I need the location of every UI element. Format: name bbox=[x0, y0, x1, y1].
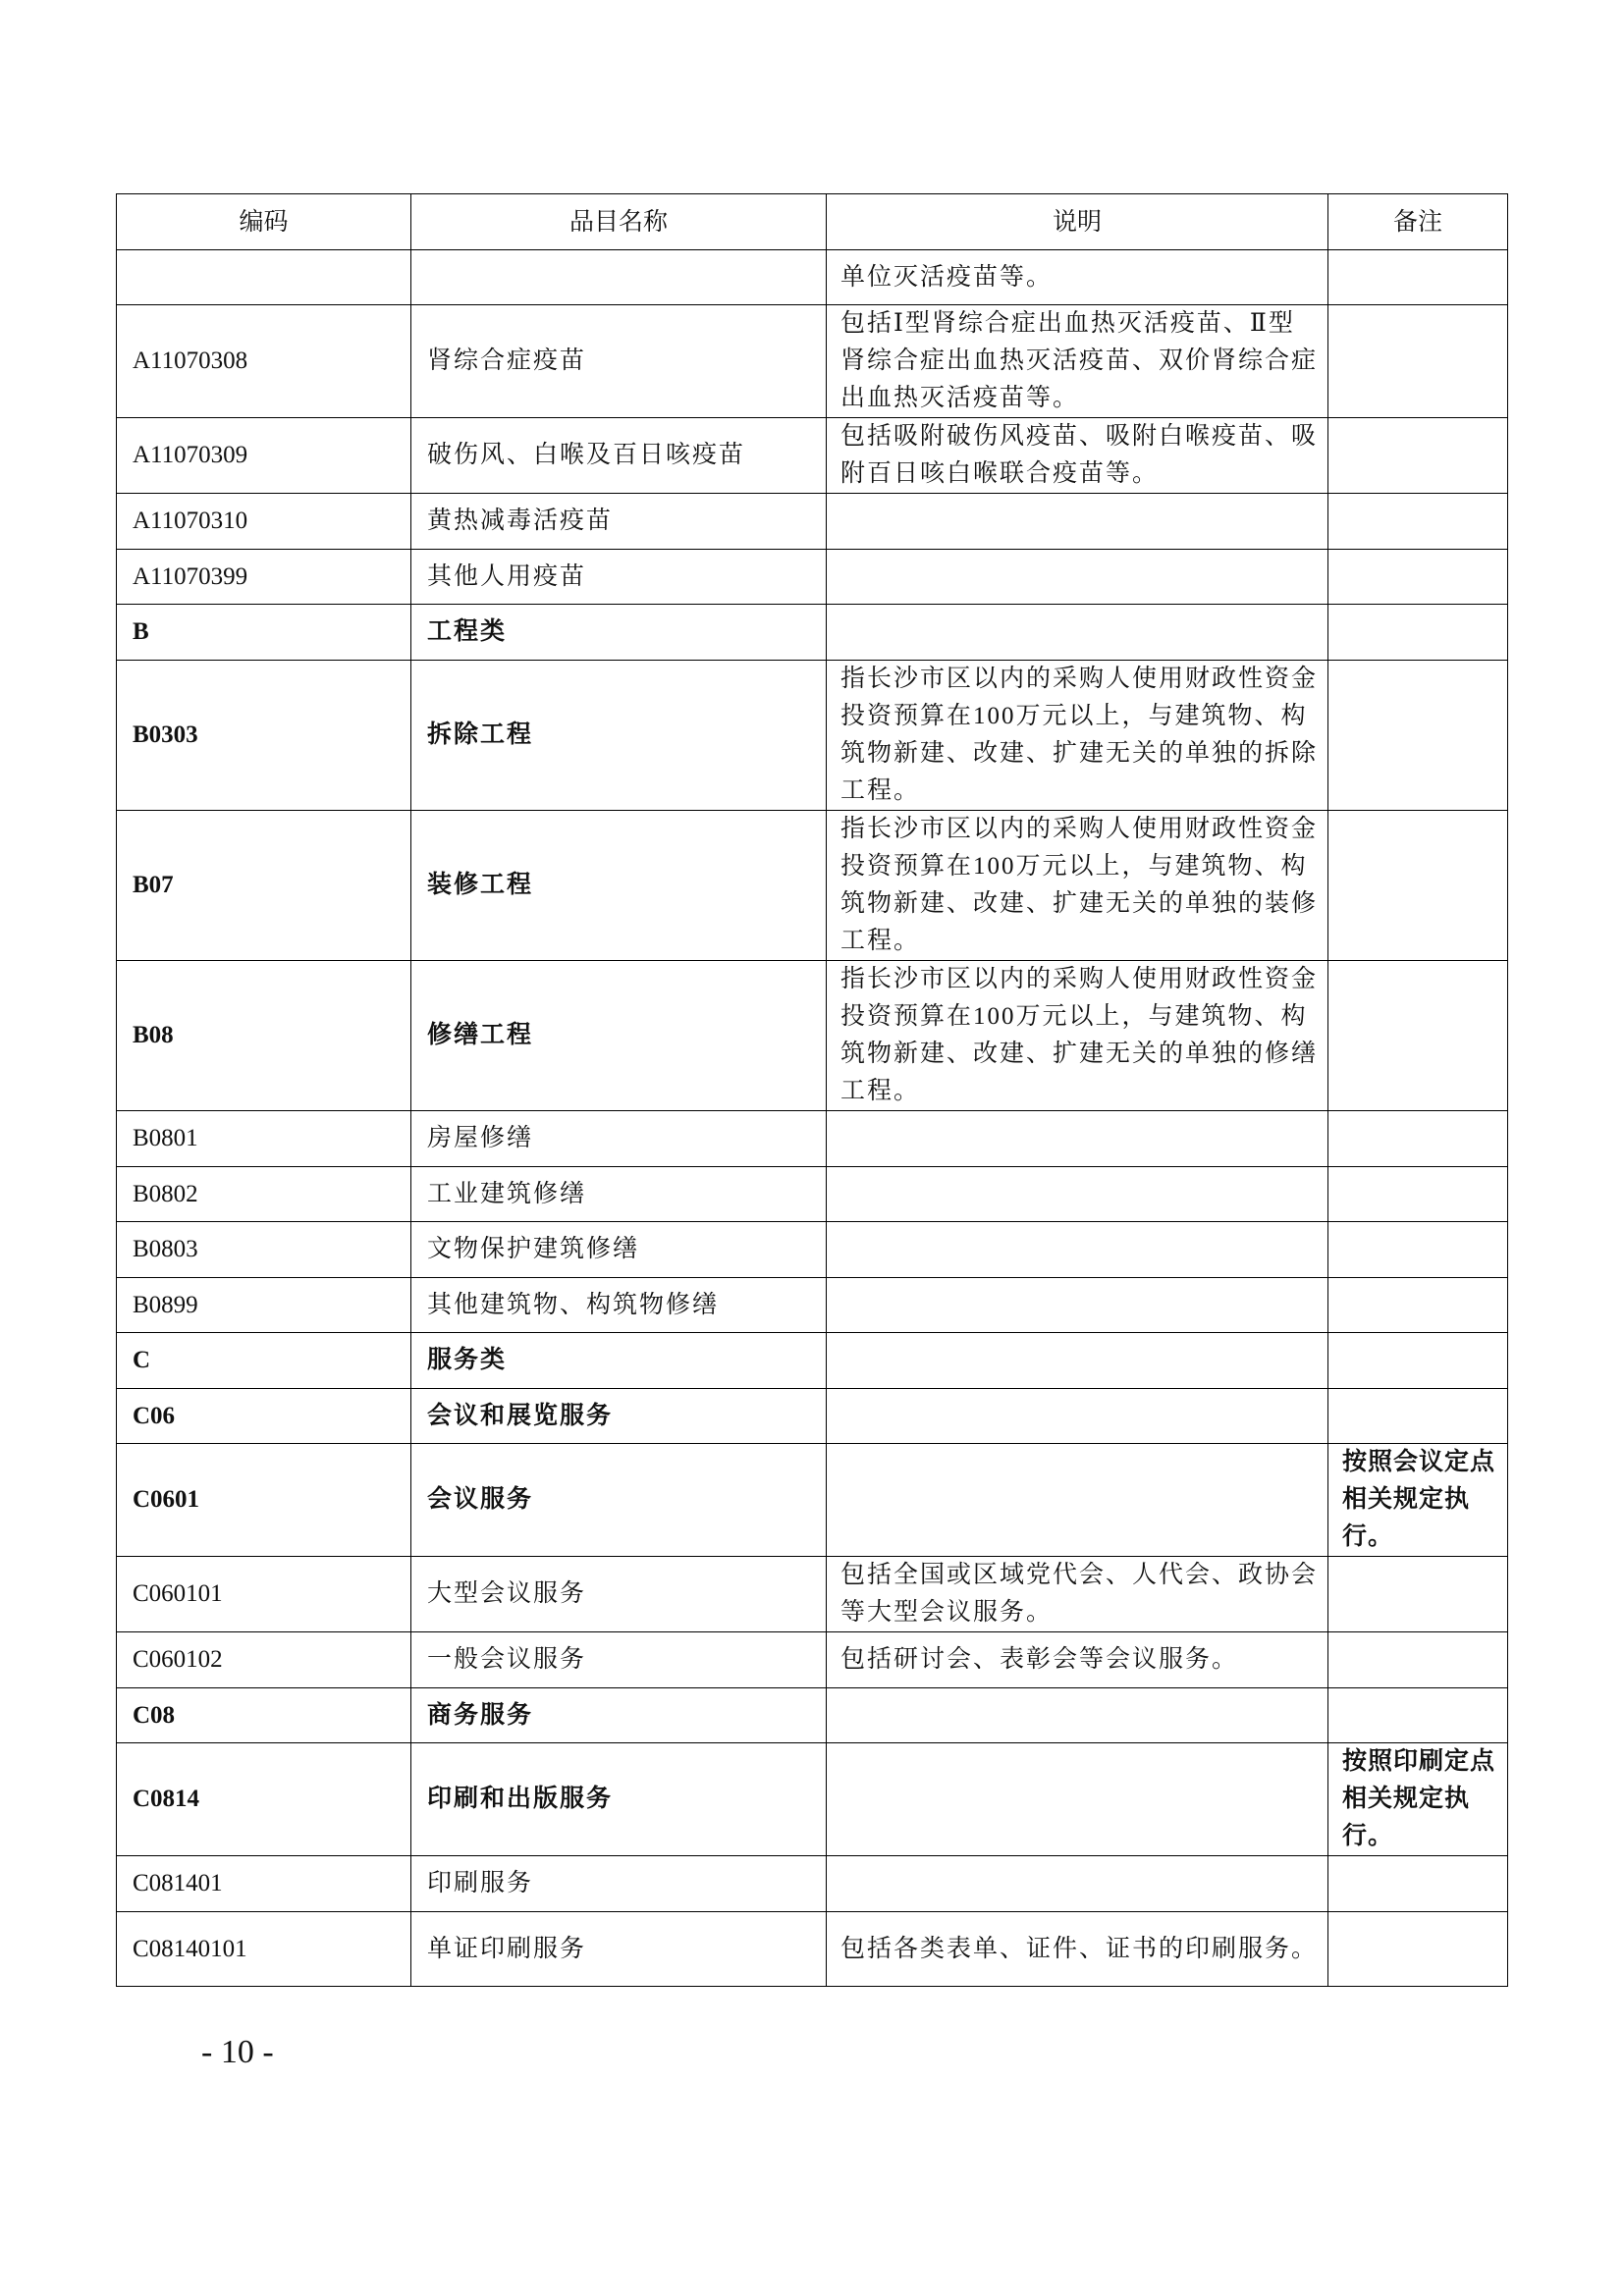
cell-code: C081401 bbox=[117, 1856, 411, 1912]
cell-description bbox=[827, 1333, 1328, 1389]
cell-item-name: 会议和展览服务 bbox=[411, 1389, 827, 1444]
cell-item-name: 黄热减毒活疫苗 bbox=[411, 494, 827, 550]
cell-description bbox=[827, 1167, 1328, 1222]
cell-code: C0814 bbox=[117, 1743, 411, 1856]
table-header-row: 编码 品目名称 说明 备注 bbox=[117, 194, 1508, 250]
cell-code: B0303 bbox=[117, 661, 411, 811]
table-body: 单位灭活疫苗等。A11070308肾综合症疫苗包括Ⅰ型肾综合症出血热灭活疫苗、Ⅱ… bbox=[117, 250, 1508, 1987]
cell-item-name bbox=[411, 250, 827, 305]
cell-remarks bbox=[1328, 1167, 1508, 1222]
cell-code: A11070309 bbox=[117, 418, 411, 494]
cell-remarks bbox=[1328, 661, 1508, 811]
cell-remarks bbox=[1328, 250, 1508, 305]
cell-remarks bbox=[1328, 1389, 1508, 1444]
header-remarks: 备注 bbox=[1328, 194, 1508, 250]
table-row: C0601会议服务按照会议定点相关规定执行。 bbox=[117, 1444, 1508, 1557]
cell-item-name: 服务类 bbox=[411, 1333, 827, 1389]
cell-code: C08140101 bbox=[117, 1912, 411, 1987]
cell-remarks bbox=[1328, 1688, 1508, 1743]
table-row: B0801房屋修缮 bbox=[117, 1111, 1508, 1167]
cell-item-name: 修缮工程 bbox=[411, 961, 827, 1111]
table-row: B08修缮工程指长沙市区以内的采购人使用财政性资金投资预算在100万元以上，与建… bbox=[117, 961, 1508, 1111]
table-row: B0303拆除工程指长沙市区以内的采购人使用财政性资金投资预算在100万元以上，… bbox=[117, 661, 1508, 811]
cell-description bbox=[827, 550, 1328, 605]
cell-code bbox=[117, 250, 411, 305]
cell-item-name: 工业建筑修缮 bbox=[411, 1167, 827, 1222]
header-item-name: 品目名称 bbox=[411, 194, 827, 250]
cell-description bbox=[827, 1111, 1328, 1167]
cell-remarks bbox=[1328, 811, 1508, 961]
cell-description bbox=[827, 494, 1328, 550]
table-row: B0803文物保护建筑修缮 bbox=[117, 1222, 1508, 1278]
table-row: C08140101单证印刷服务包括各类表单、证件、证书的印刷服务。 bbox=[117, 1912, 1508, 1987]
cell-item-name: 单证印刷服务 bbox=[411, 1912, 827, 1987]
cell-code: B0803 bbox=[117, 1222, 411, 1278]
cell-item-name: 其他建筑物、构筑物修缮 bbox=[411, 1278, 827, 1333]
cell-remarks bbox=[1328, 550, 1508, 605]
cell-item-name: 一般会议服务 bbox=[411, 1632, 827, 1688]
cell-item-name: 装修工程 bbox=[411, 811, 827, 961]
table-row: 单位灭活疫苗等。 bbox=[117, 250, 1508, 305]
cell-code: B0899 bbox=[117, 1278, 411, 1333]
page-number: - 10 - bbox=[201, 2034, 274, 2071]
cell-remarks bbox=[1328, 1278, 1508, 1333]
cell-code: C06 bbox=[117, 1389, 411, 1444]
cell-code: A11070310 bbox=[117, 494, 411, 550]
cell-item-name: 印刷和出版服务 bbox=[411, 1743, 827, 1856]
table-row: C服务类 bbox=[117, 1333, 1508, 1389]
cell-remarks bbox=[1328, 1111, 1508, 1167]
cell-remarks bbox=[1328, 305, 1508, 418]
table-row: B工程类 bbox=[117, 605, 1508, 661]
cell-code: C bbox=[117, 1333, 411, 1389]
table-row: C0814印刷和出版服务按照印刷定点相关规定执行。 bbox=[117, 1743, 1508, 1856]
procurement-catalog-table: 编码 品目名称 说明 备注 单位灭活疫苗等。A11070308肾综合症疫苗包括Ⅰ… bbox=[116, 193, 1508, 1987]
table-row: B0802工业建筑修缮 bbox=[117, 1167, 1508, 1222]
cell-description bbox=[827, 1389, 1328, 1444]
cell-code: C08 bbox=[117, 1688, 411, 1743]
cell-remarks bbox=[1328, 418, 1508, 494]
cell-remarks bbox=[1328, 1557, 1508, 1632]
cell-code: C060101 bbox=[117, 1557, 411, 1632]
cell-remarks bbox=[1328, 1632, 1508, 1688]
table-row: B0899其他建筑物、构筑物修缮 bbox=[117, 1278, 1508, 1333]
header-code: 编码 bbox=[117, 194, 411, 250]
table-row: B07装修工程指长沙市区以内的采购人使用财政性资金投资预算在100万元以上，与建… bbox=[117, 811, 1508, 961]
cell-remarks bbox=[1328, 961, 1508, 1111]
cell-item-name: 商务服务 bbox=[411, 1688, 827, 1743]
cell-description: 指长沙市区以内的采购人使用财政性资金投资预算在100万元以上，与建筑物、构筑物新… bbox=[827, 661, 1328, 811]
cell-code: B07 bbox=[117, 811, 411, 961]
cell-code: A11070399 bbox=[117, 550, 411, 605]
cell-description: 指长沙市区以内的采购人使用财政性资金投资预算在100万元以上，与建筑物、构筑物新… bbox=[827, 961, 1328, 1111]
cell-remarks bbox=[1328, 1912, 1508, 1987]
cell-item-name: 其他人用疫苗 bbox=[411, 550, 827, 605]
cell-description: 包括Ⅰ型肾综合症出血热灭活疫苗、Ⅱ型肾综合症出血热灭活疫苗、双价肾综合症出血热灭… bbox=[827, 305, 1328, 418]
cell-description bbox=[827, 1688, 1328, 1743]
cell-description: 包括全国或区域党代会、人代会、政协会等大型会议服务。 bbox=[827, 1557, 1328, 1632]
cell-item-name: 会议服务 bbox=[411, 1444, 827, 1557]
cell-description bbox=[827, 1278, 1328, 1333]
cell-remarks bbox=[1328, 605, 1508, 661]
cell-item-name: 文物保护建筑修缮 bbox=[411, 1222, 827, 1278]
cell-description bbox=[827, 1444, 1328, 1557]
table-row: C060101大型会议服务包括全国或区域党代会、人代会、政协会等大型会议服务。 bbox=[117, 1557, 1508, 1632]
cell-code: B0801 bbox=[117, 1111, 411, 1167]
table-row: C08商务服务 bbox=[117, 1688, 1508, 1743]
cell-description: 包括吸附破伤风疫苗、吸附白喉疫苗、吸附百日咳白喉联合疫苗等。 bbox=[827, 418, 1328, 494]
cell-description bbox=[827, 1856, 1328, 1912]
cell-remarks bbox=[1328, 494, 1508, 550]
cell-item-name: 印刷服务 bbox=[411, 1856, 827, 1912]
cell-item-name: 房屋修缮 bbox=[411, 1111, 827, 1167]
cell-remarks: 按照印刷定点相关规定执行。 bbox=[1328, 1743, 1508, 1856]
cell-remarks: 按照会议定点相关规定执行。 bbox=[1328, 1444, 1508, 1557]
cell-code: C060102 bbox=[117, 1632, 411, 1688]
cell-description: 包括研讨会、表彰会等会议服务。 bbox=[827, 1632, 1328, 1688]
cell-description: 单位灭活疫苗等。 bbox=[827, 250, 1328, 305]
cell-remarks bbox=[1328, 1333, 1508, 1389]
cell-item-name: 肾综合症疫苗 bbox=[411, 305, 827, 418]
cell-code: B08 bbox=[117, 961, 411, 1111]
cell-remarks bbox=[1328, 1222, 1508, 1278]
table-row: A11070308肾综合症疫苗包括Ⅰ型肾综合症出血热灭活疫苗、Ⅱ型肾综合症出血热… bbox=[117, 305, 1508, 418]
cell-item-name: 破伤风、白喉及百日咳疫苗 bbox=[411, 418, 827, 494]
table-row: C081401印刷服务 bbox=[117, 1856, 1508, 1912]
cell-code: A11070308 bbox=[117, 305, 411, 418]
cell-description bbox=[827, 1222, 1328, 1278]
cell-description bbox=[827, 1743, 1328, 1856]
cell-description: 包括各类表单、证件、证书的印刷服务。 bbox=[827, 1912, 1328, 1987]
table-row: A11070399其他人用疫苗 bbox=[117, 550, 1508, 605]
cell-code: C0601 bbox=[117, 1444, 411, 1557]
cell-item-name: 大型会议服务 bbox=[411, 1557, 827, 1632]
table-row: A11070310黄热减毒活疫苗 bbox=[117, 494, 1508, 550]
table-row: C06会议和展览服务 bbox=[117, 1389, 1508, 1444]
header-description: 说明 bbox=[827, 194, 1328, 250]
cell-code: B bbox=[117, 605, 411, 661]
cell-description: 指长沙市区以内的采购人使用财政性资金投资预算在100万元以上，与建筑物、构筑物新… bbox=[827, 811, 1328, 961]
cell-description bbox=[827, 605, 1328, 661]
table-row: A11070309破伤风、白喉及百日咳疫苗包括吸附破伤风疫苗、吸附白喉疫苗、吸附… bbox=[117, 418, 1508, 494]
cell-code: B0802 bbox=[117, 1167, 411, 1222]
cell-remarks bbox=[1328, 1856, 1508, 1912]
cell-item-name: 工程类 bbox=[411, 605, 827, 661]
cell-item-name: 拆除工程 bbox=[411, 661, 827, 811]
table-row: C060102一般会议服务包括研讨会、表彰会等会议服务。 bbox=[117, 1632, 1508, 1688]
